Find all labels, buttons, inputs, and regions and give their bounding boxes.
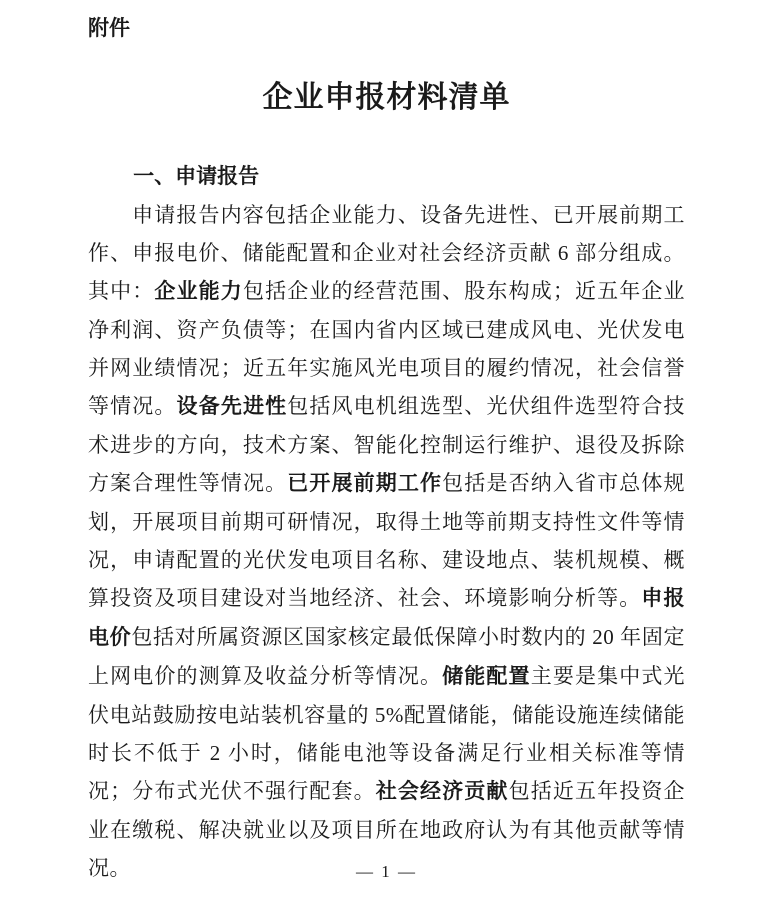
attachment-label: 附件 xyxy=(88,16,130,42)
document-body: 一、申请报告 申请报告内容包括企业能力、设备先进性、已开展前期工作、申报电价、储… xyxy=(88,158,685,887)
paragraph-segment-bold-term: 社会经济贡献 xyxy=(376,780,509,803)
paragraph-segment-bold-term: 储能配置 xyxy=(442,665,531,688)
body-paragraph: 申请报告内容包括企业能力、设备先进性、已开展前期工作、申报电价、储能配置和企业对… xyxy=(88,196,685,887)
section-heading: 一、申请报告 xyxy=(88,158,685,196)
paragraph-segment-bold-term: 企业能力 xyxy=(154,280,243,303)
paragraph-segment-bold-term: 已开展前期工作 xyxy=(287,472,442,495)
paragraph-segment-bold-term: 设备先进性 xyxy=(177,395,288,418)
page-title: 企业申报材料清单 xyxy=(0,80,773,116)
page-number: — 1 — xyxy=(0,862,773,882)
document-page: 附件 企业申报材料清单 一、申请报告 申请报告内容包括企业能力、设备先进性、已开… xyxy=(0,0,773,913)
